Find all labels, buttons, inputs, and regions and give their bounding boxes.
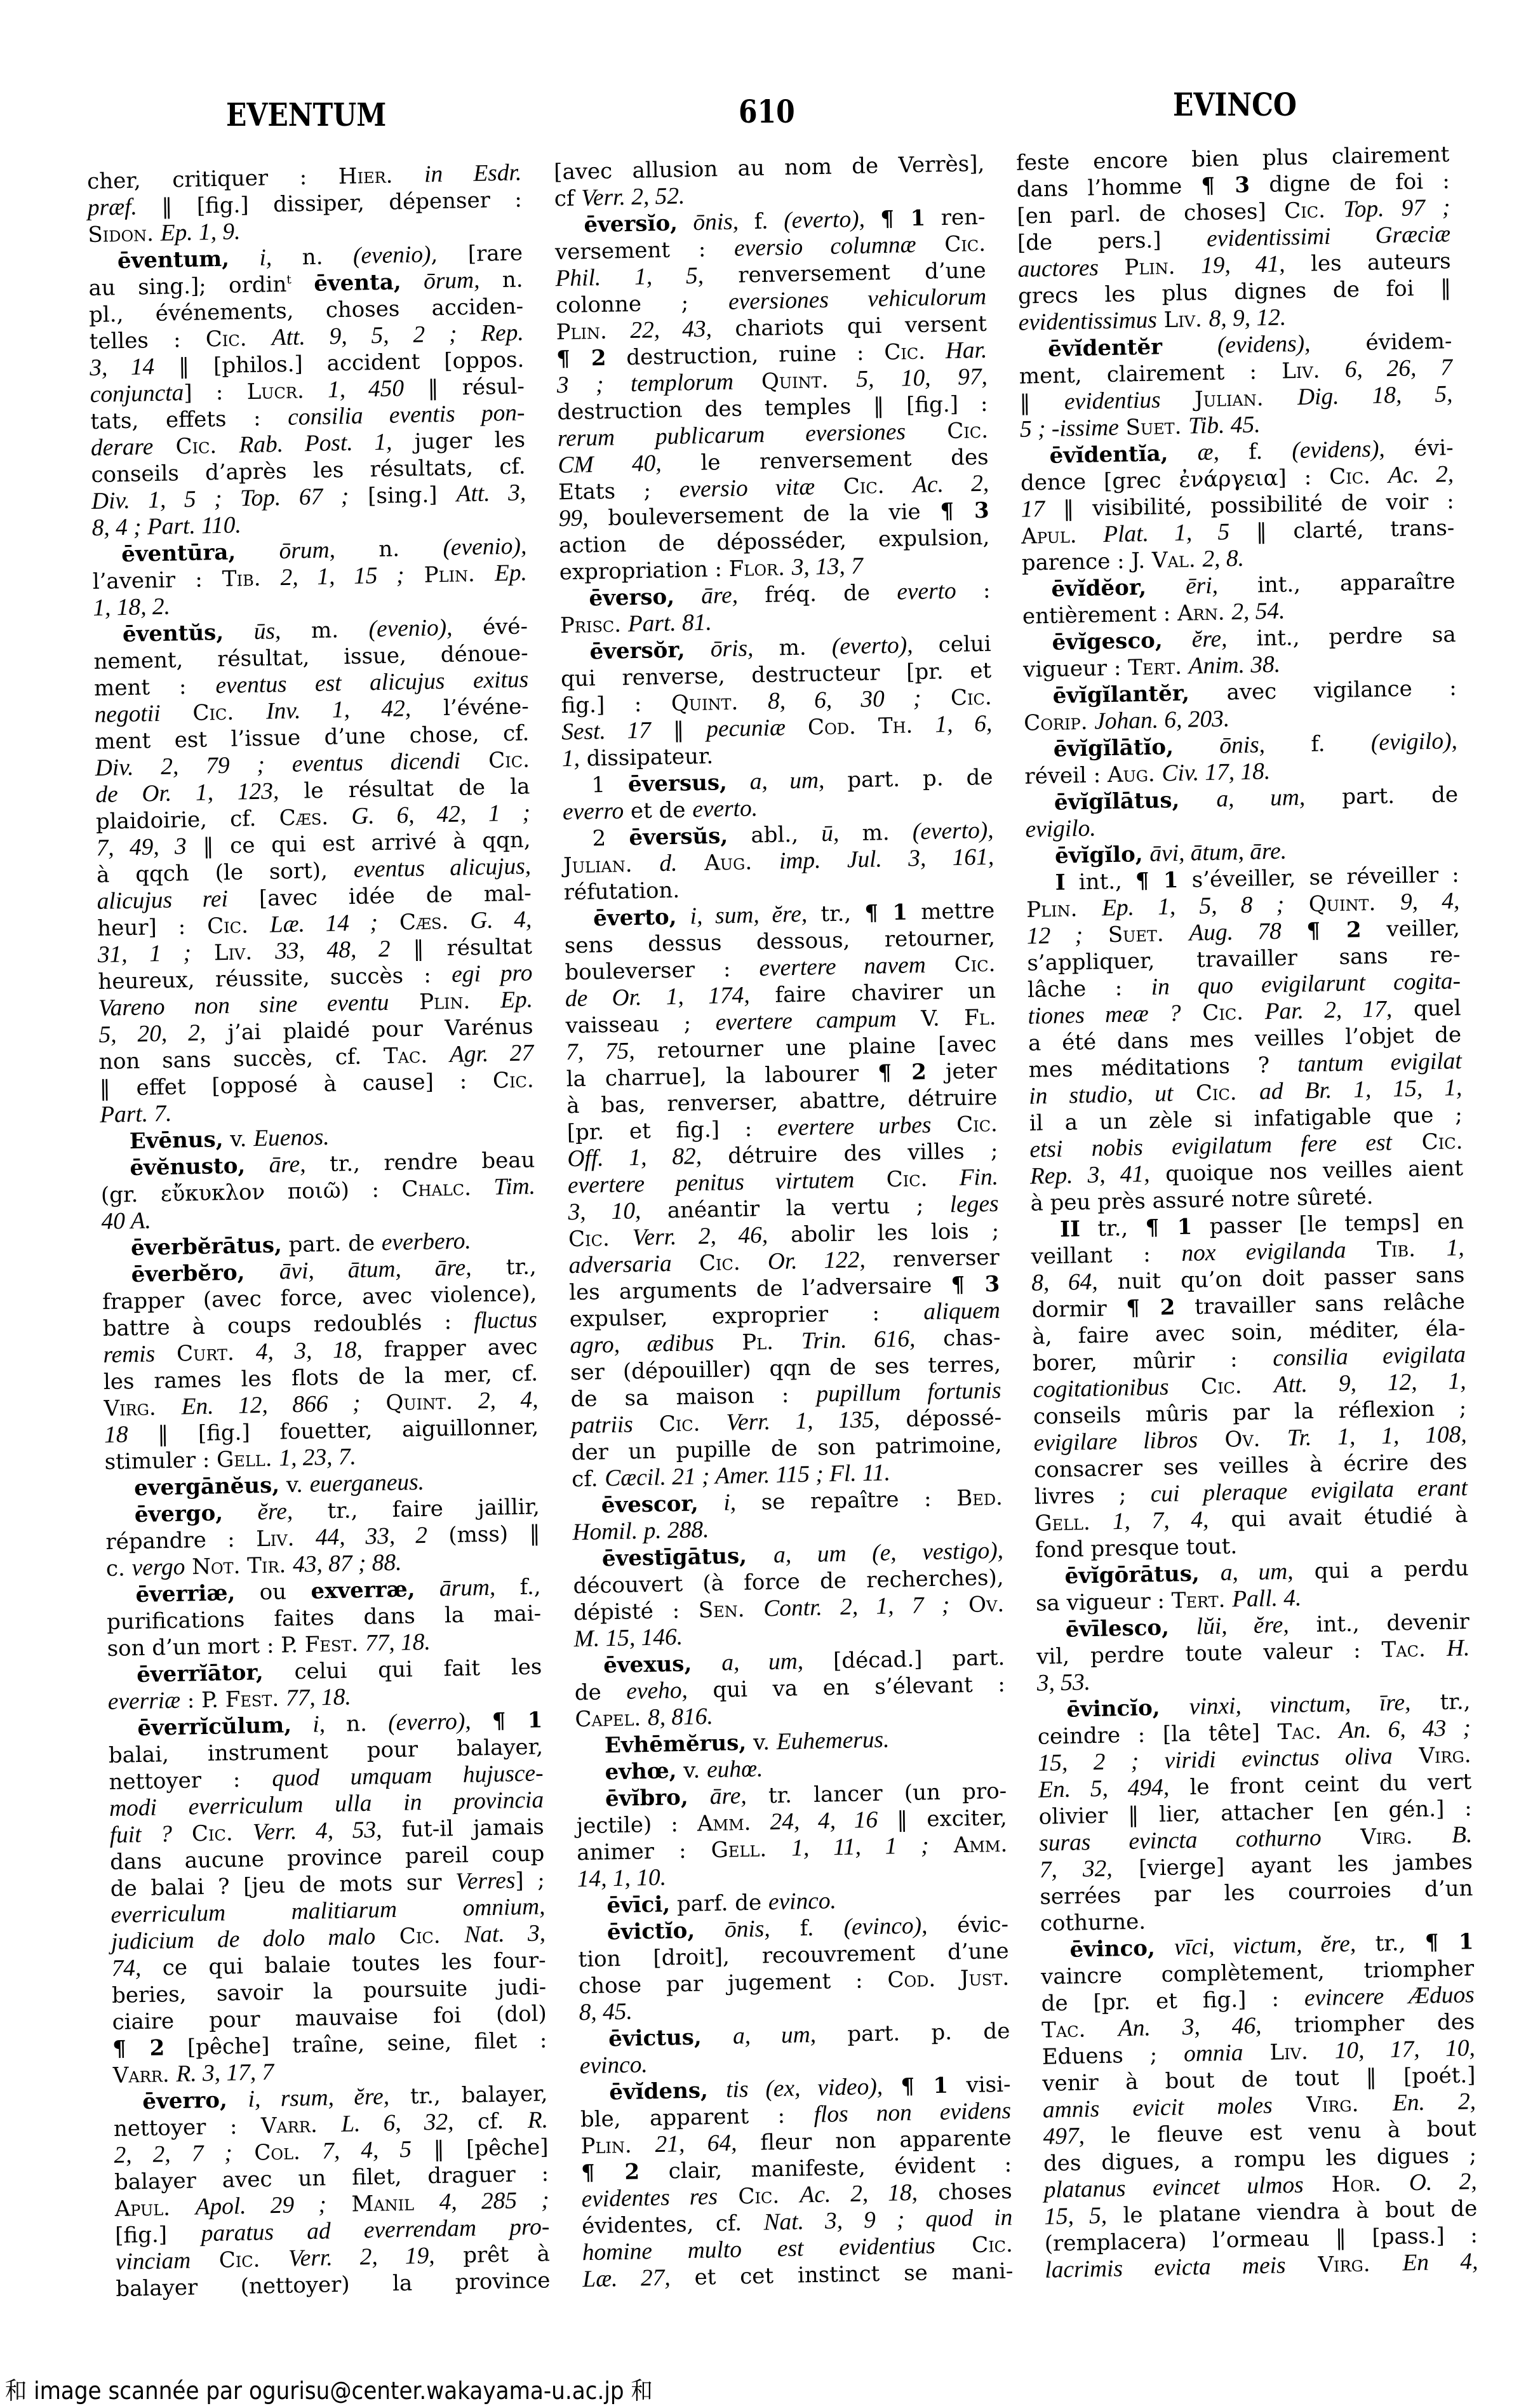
author-abbreviation: Cic. (493, 1067, 534, 1093)
italic-text: evertere navem (759, 952, 926, 981)
italic-text: remis (103, 1341, 155, 1368)
italic-text: āre, (269, 1152, 305, 1178)
italic-text: 1, 7, 4, (1113, 1507, 1209, 1535)
author-abbreviation: Manil (351, 2191, 414, 2217)
italic-text: 5 ; -issime (1020, 415, 1119, 443)
author-abbreviation: Ov. (1224, 1427, 1261, 1453)
dictionary-entry: ēvĕnusto, āre, tr., rendre beau(gr. εὔκυ… (100, 1146, 536, 1235)
italic-text: 40 A. (101, 1207, 151, 1235)
italic-text: tiones meæ ? (1028, 1000, 1181, 1030)
bold-text: exverræ, (311, 1576, 415, 1604)
bold-text: ēvĕnusto, (130, 1153, 245, 1181)
bold-text: ¶ 1 (492, 1707, 543, 1734)
bold-text: ¶ 1 (1425, 1929, 1474, 1956)
italic-text: Part. 7. (100, 1101, 172, 1128)
author-abbreviation: Ov. (968, 1592, 1005, 1618)
author-abbreviation: Cic. (219, 2247, 260, 2273)
bold-text: ēventum, (117, 246, 230, 274)
author-abbreviation: Plin. (419, 988, 471, 1015)
author-abbreviation: Plin. (1124, 254, 1175, 281)
dictionary-entry: ēvīlesco, lŭi, ĕre, int., devenirvil, pe… (1036, 1608, 1470, 1697)
dictionary-entry: ēvĭbro, āre, tr. lancer (un pro-jectile)… (576, 1778, 1008, 1893)
bold-text: ¶ 3 (1201, 172, 1250, 199)
bold-text: ēvictĭo, (607, 1918, 695, 1946)
dictionary-entry: cher, critiquer : Hier. in Esdr.præf. ‖ … (87, 159, 523, 248)
italic-text: Har. (946, 337, 988, 364)
italic-text: tis (ex, video), (726, 2074, 883, 2103)
author-abbreviation: Fest. (305, 1631, 359, 1658)
italic-text: everbero. (382, 1228, 471, 1256)
column-2: [avec allusion au nom de Verrès],cf Verr… (554, 151, 1014, 2294)
italic-text: platanus evincet ulmos (1043, 2172, 1304, 2203)
italic-text: 8, 4 ; Part. 110. (91, 512, 241, 541)
author-abbreviation: Varr. (261, 2113, 318, 2139)
dictionary-entry: feste encore bien plus clairementdans l’… (1016, 141, 1452, 337)
bold-text: ēvergo, (135, 1500, 224, 1528)
italic-text: Att. 3, (456, 480, 526, 507)
italic-text: 1, 18, 2. (93, 594, 170, 621)
author-abbreviation: Cic. (944, 231, 986, 257)
italic-text: Ep. 1, 5, 8 ; (1102, 892, 1285, 922)
italic-text: vīci, victum, ĕre, (1174, 1931, 1356, 1961)
italic-text: vinciam (116, 2248, 191, 2275)
italic-text: lŭi, ĕre, (1196, 1612, 1289, 1640)
author-abbreviation: Suet. (1108, 921, 1164, 948)
bold-text: ¶ 1 (880, 206, 925, 232)
bold-text: ēventūra, (121, 539, 236, 567)
italic-text: 12 ; (1027, 922, 1083, 950)
bold-text: ¶ 2 (112, 2035, 165, 2062)
italic-text: Plat. 1, 5 (1103, 519, 1229, 548)
italic-text: pecuniæ (706, 715, 786, 742)
dictionary-entry: 2 ēversŭs, abl., ū, m. (everto),Julian. … (563, 817, 994, 906)
italic-text: vinxi, vinctum, īre, (1189, 1690, 1410, 1720)
bold-text: ēversŏr, (589, 637, 685, 664)
bold-text: ¶ 3 (940, 498, 989, 525)
italic-text: ōnis, (1219, 732, 1265, 758)
italic-text: 1, 11, 1 ; (791, 1832, 929, 1861)
italic-text: a, um, (733, 2022, 817, 2050)
author-abbreviation: Virg. (1360, 1824, 1413, 1850)
author-abbreviation: Cic. (175, 433, 217, 459)
author-abbreviation: Varr. (113, 2062, 170, 2088)
italic-text: En. 2, (1393, 2088, 1476, 2116)
dictionary-entry: ēvĭgesco, ĕre, int., perdre savigueur : … (1022, 621, 1456, 683)
author-abbreviation: Tert. (1171, 1587, 1225, 1614)
dictionary-entry: ēvictus, a, um, part. p. deevinco. (579, 2018, 1010, 2080)
bold-text: ēvīlesco, (1065, 1615, 1169, 1643)
italic-text: a, um, (749, 767, 824, 795)
italic-text: 31, 1 ; (98, 940, 192, 968)
author-abbreviation: Fest. (225, 1686, 279, 1713)
author-abbreviation: Cic. (192, 1820, 233, 1846)
column-1: cher, critiquer : Hier. in Esdr.præf. ‖ … (87, 159, 551, 2302)
italic-text: Ep. (495, 560, 527, 586)
author-abbreviation: Aug. (704, 849, 752, 875)
italic-text: alicujus rei (97, 886, 228, 915)
italic-text: āvi, ātum, āre. (1149, 838, 1287, 867)
author-abbreviation: Tac. (1041, 2017, 1086, 2043)
italic-text: Ep. 1, 9. (160, 218, 240, 246)
italic-text: āre, (710, 1783, 747, 1810)
author-abbreviation: Flor. (729, 555, 786, 582)
italic-text: Ep. (500, 986, 533, 1013)
italic-text: Part. 81. (628, 610, 712, 638)
italic-text: L. 6, 32, (341, 2109, 454, 2137)
author-abbreviation: Quint. (1309, 890, 1376, 917)
dictionary-entry: ēversŏr, ōris, m. (everto), celuiqui ren… (560, 631, 993, 773)
author-abbreviation: Liv. (1163, 307, 1202, 333)
italic-text: (evigilo), (1371, 728, 1458, 756)
italic-text: euerganeus. (309, 1469, 424, 1498)
author-abbreviation: Not. Tir. (192, 1552, 286, 1580)
italic-text: Off. 1, 82, (567, 1143, 702, 1172)
italic-text: Div. 1, 5 ; Top. 67 ; (91, 483, 349, 514)
bold-text: ¶ 1 (1135, 868, 1179, 894)
italic-text: de Or. 1, 174, (565, 982, 750, 1012)
italic-text: Verr. 2, 52. (581, 183, 685, 211)
italic-text: evidentius (1064, 387, 1161, 415)
author-abbreviation: Aug. (1108, 762, 1155, 788)
italic-text: 7, 32, (1040, 1855, 1113, 1883)
author-abbreviation: Cic. (886, 1166, 927, 1192)
italic-text: derare (91, 434, 154, 461)
italic-text: 77, 18. (286, 1684, 351, 1711)
italic-text: 8, 9, 12. (1209, 304, 1286, 332)
italic-text: flos non evidens (814, 2098, 1011, 2128)
dictionary-entry: ēverso, āre, fréq. de everto :Prisc. Par… (559, 577, 991, 640)
author-abbreviation: Val. (1152, 547, 1196, 573)
italic-text: ĕre, (1191, 626, 1227, 652)
italic-text: 2, 54. (1231, 598, 1285, 625)
dictionary-entry: ēvĭdens, tis (ex, video), ¶ 1 visi-ble, … (580, 2071, 1014, 2294)
italic-text: fuit ? (109, 1821, 172, 1848)
italic-text: B. (1452, 1822, 1473, 1848)
author-abbreviation: Cic. (568, 1226, 610, 1252)
dictionary-entry: ēventūra, ōrum, n. (evenio),l’avenir : T… (92, 533, 528, 622)
italic-text: evinco. (768, 1888, 836, 1915)
bold-text: ēverbĕrātus, (131, 1232, 282, 1261)
dictionary-page: EVENTUM 610 EVINCO cher, critiquer : Hie… (0, 0, 1540, 2406)
italic-text: Civ. 17, 18. (1162, 758, 1270, 786)
dictionary-entry: 1 ēversus, a, um, part. p. deeverro et d… (562, 764, 993, 826)
italic-text: 22, 43, (630, 316, 712, 344)
italic-text: 2, 4, (478, 1387, 539, 1414)
italic-text: 10, 17, 10, (1334, 2035, 1475, 2064)
author-abbreviation: Virg. (104, 1395, 156, 1421)
italic-text: 9, 4, (1400, 888, 1460, 915)
dictionary-entry: ēvictĭo, ōnis, f. (evinco), évic-tion [d… (578, 1911, 1010, 2027)
italic-text: lacrimis evicta meis (1045, 2252, 1286, 2283)
author-abbreviation: Cic. (659, 1411, 700, 1437)
author-abbreviation: Lucr. (246, 378, 304, 405)
italic-text: leges (949, 1191, 998, 1218)
italic-text: Ac. 2, 18, (800, 2180, 918, 2208)
italic-text: 21, 64, (655, 2130, 737, 2158)
italic-text: (evenio), (443, 533, 526, 561)
bold-text: ēvĭdĕor, (1051, 575, 1146, 602)
italic-text: everto. (692, 795, 758, 823)
italic-text: consilia eventis pon- (288, 400, 525, 430)
author-abbreviation: Cic. (954, 951, 995, 978)
italic-text: evincere Æduos (1304, 1982, 1475, 2011)
bold-text: ēventŭs, (123, 620, 224, 647)
italic-text: 497, (1043, 2123, 1085, 2149)
superscript: t (286, 273, 291, 286)
author-abbreviation: Quint. (385, 1389, 453, 1416)
author-abbreviation: Sen. (699, 1597, 745, 1623)
italic-text: 77, 18. (365, 1629, 431, 1657)
author-abbreviation: Virg. (1318, 2251, 1370, 2278)
italic-text: consilia evigilata (1273, 1341, 1466, 1371)
italic-text: 24, 4, 16 (770, 1807, 878, 1835)
italic-text: d. (659, 850, 678, 877)
author-abbreviation: Cic. (947, 418, 988, 444)
italic-text: Euenos. (253, 1124, 330, 1152)
italic-text: 15, 5, (1044, 2203, 1107, 2230)
bold-text: ēversĭo, (584, 210, 678, 238)
author-abbreviation: Tac. (384, 1043, 428, 1069)
italic-text: 14, 1, 10. (577, 1864, 667, 1892)
italic-text: quod umquam hujusce- (272, 1760, 544, 1792)
dictionary-entry: ēvergo, ĕre, tr., faire jaillir,répandre… (105, 1493, 541, 1582)
italic-text: 7, 4, 5 (322, 2137, 412, 2165)
italic-text: egi pro (452, 960, 533, 988)
dictionary-entry: II tr., ¶ 1 passer [le temps] enveillant… (1031, 1208, 1468, 1564)
italic-text: Nat. 3, 9 ; quod in (763, 2205, 1012, 2236)
italic-text: O. 2, (1409, 2168, 1477, 2196)
author-abbreviation: Cic. (956, 1112, 998, 1138)
italic-text: H. (1447, 1635, 1470, 1662)
italic-text: ōris, (711, 635, 754, 662)
italic-text: 3 ; templorum (557, 369, 734, 399)
author-abbreviation: Tert. (1128, 654, 1182, 681)
author-abbreviation: Curt. (177, 1340, 234, 1367)
bold-text: ēvĭbro, (605, 1785, 688, 1812)
italic-text: 3, 10, (568, 1198, 641, 1225)
italic-text: āre, (701, 582, 738, 609)
italic-text: ōrum, (279, 537, 335, 564)
author-abbreviation: Cic. (1329, 464, 1370, 490)
author-abbreviation: Plin. (1026, 896, 1078, 923)
italic-text: Tim. (493, 1173, 535, 1200)
italic-text: eversio vitæ (679, 474, 815, 502)
italic-text: Top. 97 ; (1343, 194, 1450, 222)
bold-text: ¶ 2 (1126, 1294, 1175, 1321)
author-abbreviation: Liv. (214, 939, 253, 965)
italic-text: Verr. 2, 19, (288, 2243, 435, 2272)
italic-text: i, (312, 1711, 325, 1737)
italic-text: in studio, ut (1029, 1080, 1174, 1110)
bold-text: ēverso, (589, 584, 674, 612)
italic-text: Fin. (959, 1164, 998, 1191)
author-abbreviation: Cæs. (279, 805, 328, 831)
italic-text: Ac. 2, (1388, 461, 1454, 488)
italic-text: i, sum, ĕre, (690, 901, 807, 930)
italic-text: æ, (1197, 439, 1219, 466)
dictionary-entry: ēvĭgĭlātĭo, ōnis, f. (evigilo),réveil : … (1024, 728, 1458, 790)
text-block: cher, critiquer : Hier. in Esdr.præf. ‖ … (0, 0, 1540, 2406)
italic-text: Agr. 27 (450, 1040, 534, 1068)
bold-text: ēvĭgĭlātus, (1054, 788, 1180, 816)
author-abbreviation: Apul. (114, 2195, 170, 2222)
dictionary-entry: ēvinco, vīci, victum, ĕre, tr., ¶ 1vainc… (1040, 1928, 1478, 2284)
italic-text: Ac. 2, (913, 471, 989, 498)
italic-text: euhœ. (707, 1756, 763, 1783)
italic-text: Tib. 45. (1188, 412, 1261, 439)
italic-text: i, rsum, ĕre, (248, 2083, 389, 2112)
italic-text: Anim. 38. (1188, 652, 1280, 680)
italic-text: 43, 87 ; 88. (293, 1550, 402, 1578)
author-abbreviation: Cod. Just. (887, 1965, 1009, 1993)
author-abbreviation: Liv. (1269, 2039, 1308, 2065)
bold-text: ēvictus, (608, 2024, 702, 2052)
italic-text: 6, 26, 7 (1344, 354, 1452, 382)
bold-text: ¶ 2 (581, 2159, 639, 2186)
italic-text: ad Br. 1, 15, 1, (1259, 1075, 1463, 1105)
italic-text: ēri, (1186, 573, 1218, 600)
author-abbreviation: Tac. (1381, 1636, 1426, 1662)
bold-text: evergānĕus, (134, 1473, 279, 1502)
italic-text: Verres (455, 1867, 516, 1895)
italic-text: An. 3, 46, (1118, 2013, 1262, 2042)
italic-text: Verr. 2, 46, (632, 1222, 768, 1251)
author-abbreviation: Julian. (563, 852, 633, 878)
author-abbreviation: Chalc. (401, 1175, 471, 1202)
author-abbreviation: Cic. (207, 913, 248, 939)
dictionary-entry: ēvescor, i, se repaître : Bed.Homil. p. … (572, 1484, 1003, 1547)
italic-text: Sest. 17 (561, 717, 651, 745)
bold-text: Evēnus, (130, 1127, 224, 1154)
author-abbreviation: Pl. (742, 1329, 773, 1355)
italic-text: evidentes res (581, 2184, 718, 2212)
author-abbreviation: Liv. (256, 1526, 295, 1552)
bold-text: ēvestīgātus, (602, 1543, 747, 1572)
bold-text: ēvĭgōrātus, (1064, 1561, 1200, 1589)
bold-text: ēvescor, (601, 1491, 699, 1518)
author-abbreviation: Cic. (1202, 1000, 1243, 1026)
author-abbreviation: Cic. (1284, 198, 1325, 224)
italic-text: (everto), (913, 817, 994, 845)
dictionary-entry: ēvĭdentĕr (evidens), évidem-ment, claire… (1019, 328, 1453, 443)
italic-text: 8, 6, 30 ; (768, 685, 921, 715)
italic-text: vergo (131, 1554, 185, 1582)
italic-text: 3, 13, 7 (791, 553, 863, 581)
italic-text: 19, 41, (1201, 251, 1285, 279)
italic-text: 99, (558, 505, 588, 532)
bold-text: ēvīci, (606, 1892, 670, 1918)
italic-text: Homil. p. 288. (572, 1517, 709, 1545)
italic-text: Verr. 4, 53, (253, 1817, 382, 1845)
bold-text: ēvĭdens, (609, 2078, 708, 2105)
italic-text: Nat. 3, (464, 1920, 546, 1948)
bold-text: ¶ 3 (951, 1272, 1000, 1298)
italic-text: 17 (1021, 496, 1045, 523)
italic-text: 1, (1446, 1235, 1464, 1261)
italic-text: (evenio) (353, 241, 431, 269)
italic-text: G. 6, 42, 1 ; (351, 800, 530, 830)
dictionary-entry: ēvincĭo, vinxi, vinctum, īre, tr.,ceindr… (1037, 1688, 1473, 1937)
dictionary-entry: ēvĭgĭlantĕr, avec vigilance :Corip. Joha… (1023, 675, 1457, 737)
bold-text: I (1055, 870, 1065, 896)
dictionary-entry: I int., ¶ 1 s’éveiller, se réveiller :Pl… (1026, 861, 1463, 1217)
italic-text: 1, (562, 746, 580, 772)
italic-text: ūs, (253, 618, 281, 645)
italic-text: En. 5, 494, (1038, 1775, 1170, 1803)
italic-text: evidentissimus (1018, 307, 1157, 335)
dictionary-entry: ēverto, i, sum, ĕre, tr., ¶ 1 mettresens… (564, 897, 1003, 1493)
italic-text: CM 40, (558, 450, 662, 478)
italic-text: evertere campum (715, 1006, 896, 1036)
author-abbreviation: Suet. (1125, 414, 1181, 441)
italic-text: En 4, (1402, 2248, 1478, 2276)
dictionary-entry: ēvĭdĕor, ēri, int., apparaîtreentièremen… (1022, 568, 1456, 630)
italic-text: omnia (1184, 2040, 1243, 2067)
italic-text: evigilare libros (1033, 1427, 1198, 1456)
italic-text: 2, 2, 7 ; (114, 2140, 232, 2168)
italic-text: evidentissimi Græciæ (1207, 221, 1450, 252)
author-abbreviation: Gell. (1034, 1510, 1090, 1536)
italic-text: adversaria (568, 1251, 672, 1279)
italic-text: judicium de dolo malo (111, 1924, 376, 1955)
italic-text: (evidens), (1217, 331, 1311, 359)
author-abbreviation: Cod. Th. (808, 713, 913, 740)
bold-text: ēvĭgĭlātĭo, (1054, 734, 1174, 762)
scan-credit: 和 image scannée par ogurisu@center.wakay… (5, 2378, 653, 2403)
bold-text: ēverrĭcŭlum, (137, 1712, 291, 1741)
italic-text: Att. 9, 5, 2 ; Rep. (272, 319, 524, 351)
author-abbreviation: Julian. (1195, 386, 1264, 412)
italic-text: 7, 75, (566, 1038, 635, 1065)
author-abbreviation: Capel. (575, 1705, 641, 1732)
italic-text: i, (723, 1489, 736, 1516)
italic-text: a, um, (721, 1648, 803, 1676)
author-abbreviation: Cæs. (399, 909, 449, 936)
author-abbreviation: Amm. (697, 1810, 751, 1837)
italic-text: a, um, (1216, 784, 1305, 812)
italic-text: amnis evicit moles (1043, 2093, 1273, 2123)
bold-text: ¶ 2 (1306, 917, 1362, 944)
italic-text: Or. 122, (768, 1247, 866, 1275)
author-abbreviation: Bed. (956, 1485, 1003, 1511)
author-abbreviation: Quint. (671, 690, 739, 716)
dictionary-entry: ēverriæ, ou exverræ, ārum, f.,purificati… (106, 1573, 542, 1662)
italic-text: aliquem (923, 1298, 1000, 1325)
italic-text: 4, 3, 18, (256, 1337, 363, 1365)
italic-text: negotii (94, 701, 160, 728)
bold-text: ēventa, (314, 269, 401, 297)
italic-text: 1, 23, 7. (279, 1444, 356, 1471)
author-abbreviation: Cic. (699, 1250, 740, 1276)
italic-text: (everto), (784, 206, 865, 234)
author-abbreviation: Cic. (399, 1923, 441, 1949)
italic-text: 1, 450 (328, 375, 405, 403)
author-abbreviation: Plin. (580, 2133, 632, 2160)
italic-text: 5, 20, 2, (98, 1020, 206, 1048)
italic-text: agro, ædibus (570, 1330, 714, 1359)
author-abbreviation: Quint. (761, 368, 829, 394)
author-abbreviation: Col. (254, 2139, 300, 2165)
author-abbreviation: Cic. (192, 700, 234, 726)
italic-text: Par. 2, 17, (1264, 996, 1392, 1025)
author-abbreviation: Tib. (1377, 1237, 1416, 1263)
italic-text: cogitationibus (1033, 1374, 1169, 1402)
italic-text: i, (259, 245, 272, 271)
italic-text: imp. Jul. 3, 161, (779, 844, 994, 875)
italic-text: R. 3, 17, 7 (176, 2059, 274, 2087)
bold-text: ēverro, (142, 2087, 227, 2114)
author-abbreviation: Hier. (338, 163, 393, 189)
